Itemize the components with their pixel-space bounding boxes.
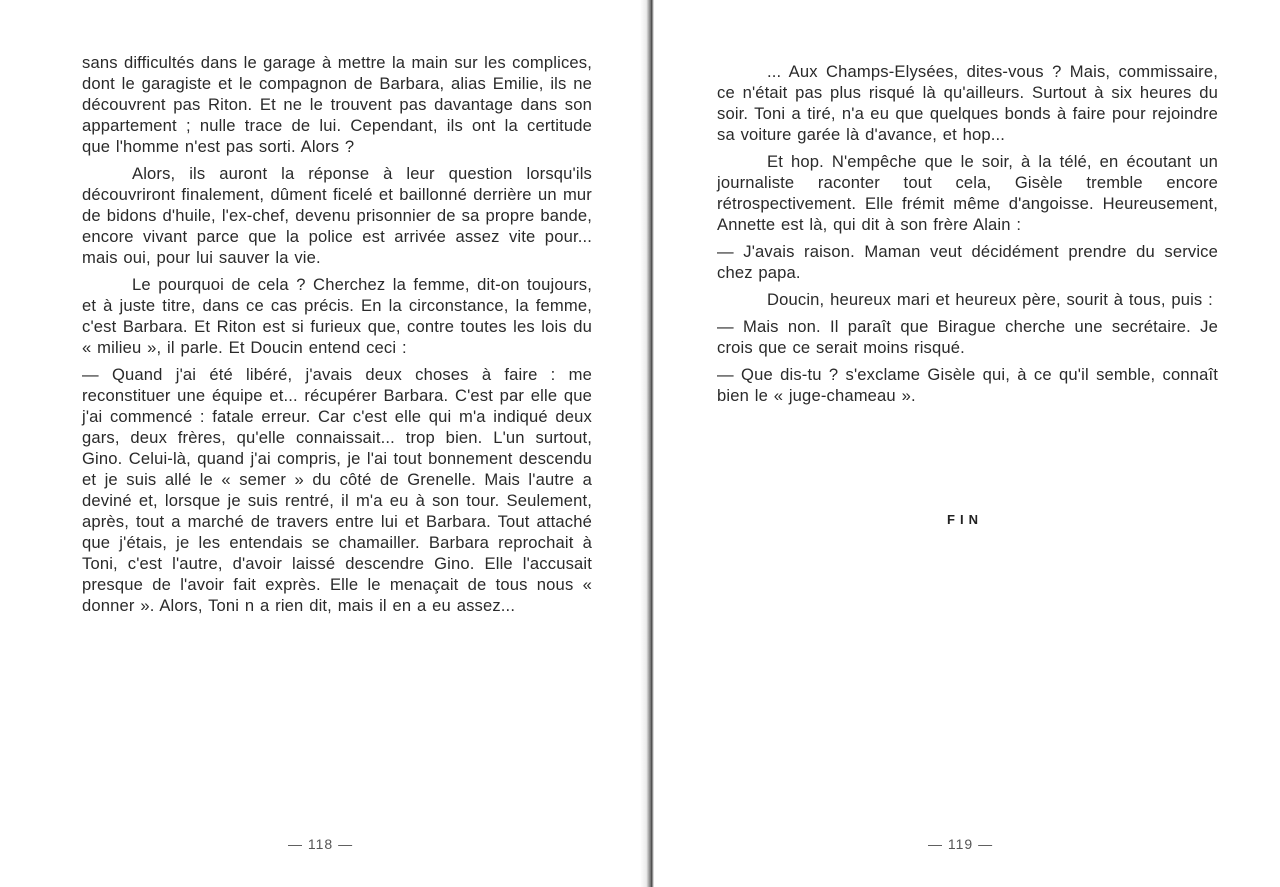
paragraph: ... Aux Champs-Elysées, dites-vous ? Mai… [717,61,1218,145]
paragraph: Alors, ils auront la réponse à leur ques… [82,163,592,268]
paragraph: Le pourquoi de cela ? Cherchez la femme,… [82,274,592,358]
page-number: — 118 — [288,836,353,852]
dialogue-paragraph: — Quand j'ai été libéré, j'avais deux ch… [82,364,592,616]
page-number: — 119 — [928,836,993,852]
paragraph: Doucin, heureux mari et heureux père, so… [717,289,1218,310]
paragraph: sans difficultés dans le garage à mettre… [82,52,592,157]
end-marker: FIN [650,512,1280,527]
right-page-text: ... Aux Champs-Elysées, dites-vous ? Mai… [717,61,1218,412]
left-page: sans difficultés dans le garage à mettre… [0,0,650,887]
right-page: ... Aux Champs-Elysées, dites-vous ? Mai… [650,0,1280,887]
dialogue-paragraph: — J'avais raison. Maman veut décidément … [717,241,1218,283]
dialogue-paragraph: — Que dis-tu ? s'exclame Gisèle qui, à c… [717,364,1218,406]
paragraph: Et hop. N'empêche que le soir, à la télé… [717,151,1218,235]
dialogue-paragraph: — Mais non. Il paraît que Birague cherch… [717,316,1218,358]
left-page-text: sans difficultés dans le garage à mettre… [82,52,592,622]
